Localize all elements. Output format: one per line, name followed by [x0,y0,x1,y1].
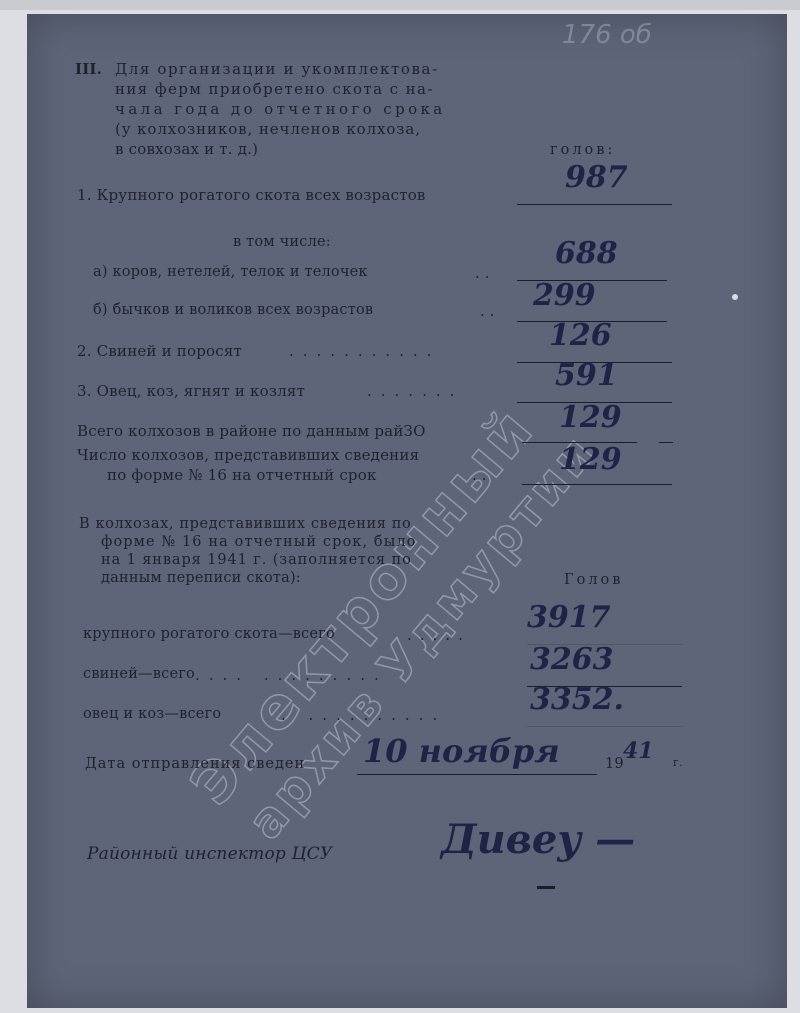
census-pigs-value: 3263 [530,642,614,677]
census-sheep-line [527,726,682,727]
date-year-prefix: 19 [605,756,624,772]
census-pigs-label: свиней—всего [83,666,195,682]
signature-value: Дивеу — [441,816,635,863]
row-kolkhoz-total-label: Всего колхозов в районе по данным райЗО [77,422,426,440]
document-page: Электронный архив Удмуртии 176 об III. Д… [27,14,787,1008]
row-cattle-line [517,204,672,205]
row-kolkhoz-total-dash [659,442,673,443]
row-kolkhoz-reported-dots: .. [472,466,492,484]
row-kolkhoz-reported-value: 129 [559,442,622,477]
section-heading-line-3: чала года до отчетного срока [115,100,446,118]
scanner-top-edge [0,0,800,10]
row-cows-dots: .. [475,264,495,282]
census-intro-line-4: данным переписи скота): [101,570,301,586]
date-year-suffix: 41 [623,738,654,764]
row-kolkhoz-reported-label: Число колхозов, представивших сведения [77,446,419,464]
census-sheep-value: 3352. [530,682,624,717]
row-cattle-label: 1. Крупного рогатого скота всех возрасто… [77,186,426,204]
census-pigs-dots: .... ......... [195,666,388,684]
row-pigs-value: 126 [549,318,612,353]
signature-underline-mark [537,886,555,889]
signature-label: Районный инспектор ЦСУ [87,844,332,864]
row-sheep-label: 3. Овец, коз, ягнят и козлят [77,382,305,400]
census-sheep-label: овец и коз—всего [83,706,221,722]
section-number: III. [75,60,102,78]
row-bulls-dots: .. [480,302,500,320]
census-cattle-value: 3917 [527,600,611,635]
row-cattle-value: 987 [565,160,628,195]
archive-mark: 176 об [562,20,652,50]
census-cattle-label: крупного рогатого скота—всего [83,626,335,642]
census-cattle-dots: ..... [407,626,471,644]
row-kolkhoz-total-value: 129 [559,400,622,435]
row-bulls-label: б) бычков и воликов всех возрастов [93,302,373,318]
census-unit-label: Голов [564,572,623,588]
census-intro-line-3: на 1 января 1941 г. (заполняется по [101,552,412,568]
row-bulls-value: 299 [533,278,596,313]
census-intro-line-1: В колхозах, представивших сведения по [79,516,411,532]
section-heading-line-4: (у колхозников, нечленов колхоза, [115,120,421,138]
row-sheep-value: 591 [555,358,618,393]
census-intro-line-2: форме № 16 на отчетный срок, было [101,534,416,550]
row-cows-label: а) коров, нетелей, телок и телочек [93,264,368,280]
date-value: 10 ноября [363,732,560,770]
row-kolkhoz-reported-line [522,484,672,485]
row-cows-value: 688 [555,236,618,271]
row-sheep-dots: ....... [367,382,463,400]
paper-speck [732,294,738,300]
date-line [357,774,597,775]
row-pigs-label: 2. Свиней и поросят [77,342,242,360]
row-pigs-dots: ........... [289,342,440,360]
unit-label-heads: голов: [550,142,615,158]
including-label: в том числе: [233,234,331,250]
date-label: Дата отправления сведен [85,756,305,772]
section-heading-line-5: в совхозах и т. д.) [115,140,258,158]
census-sheep-dots: . .......... [281,706,446,724]
section-heading-line-1: Для организации и укомплектова- [115,60,439,78]
row-kolkhoz-reported-label-2: по форме № 16 на отчетный срок [107,466,377,484]
date-year-suffix-g: г. [673,756,683,769]
section-heading-line-2: ния ферм приобретено скота с на- [115,80,434,98]
